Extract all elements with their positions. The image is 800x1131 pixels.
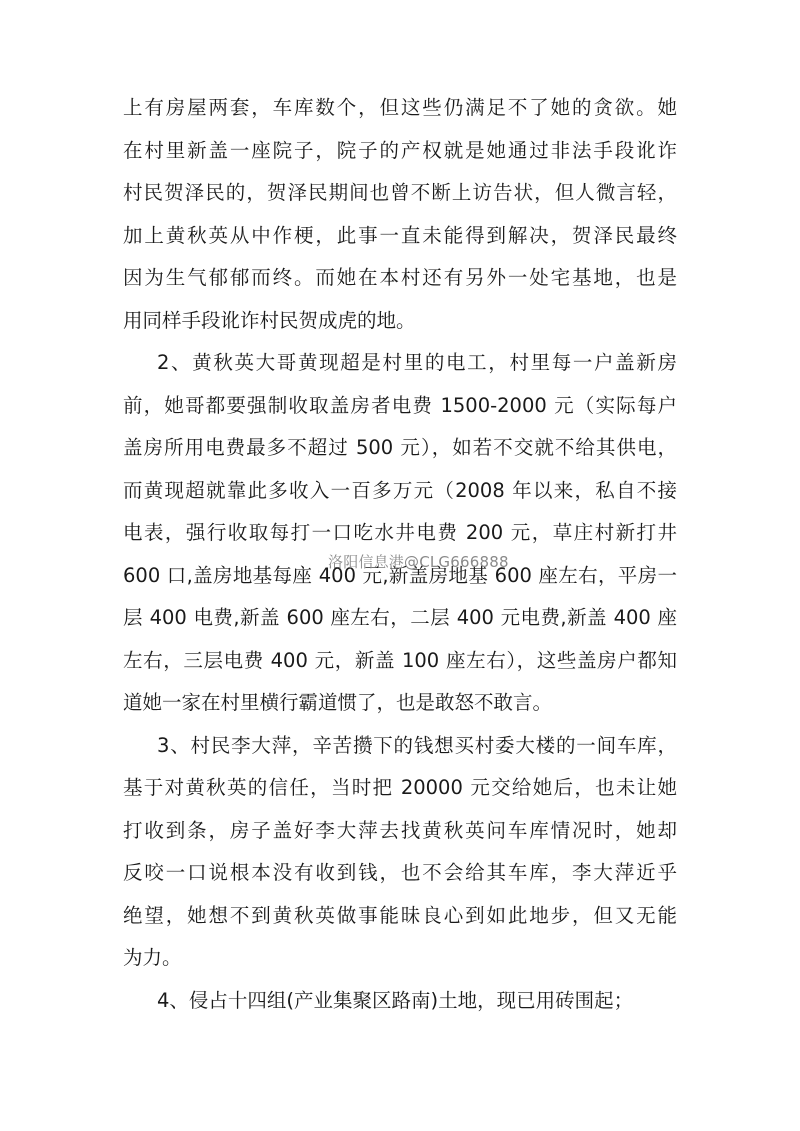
text-line: 电表，强行收取每打一口吃水井电费 200 元，草庄村新打井: [123, 512, 677, 555]
text-line: 前，她哥都要强制收取盖房者电费 1500-2000 元（实际每户: [123, 385, 677, 428]
text-line: 反咬一口说根本没有收到钱，也不会给其车库，李大萍近乎: [123, 852, 677, 895]
text-line: 加上黄秋英从中作梗，此事一直未能得到解决，贺泽民最终: [123, 215, 677, 258]
text-line: 在村里新盖一座院子，院子的产权就是她通过非法手段讹诈: [123, 130, 677, 173]
text-line: 而黄现超就靠此多收入一百多万元（2008 年以来，私自不接: [123, 470, 677, 513]
watermark: 洛阳信息港@CLG666888: [328, 553, 509, 571]
text-line: 村民贺泽民的，贺泽民期间也曾不断上访告状，但人微言轻，: [123, 172, 677, 215]
text-line: 3、村民李大萍，辛苦攒下的钱想买村委大楼的一间车库，: [123, 725, 677, 768]
text-line: 层 400 电费,新盖 600 座左右，二层 400 元电费,新盖 400 座: [123, 597, 677, 640]
text-line: 4、侵占十四组(产业集聚区路南)土地，现已用砖围起；: [123, 980, 677, 1023]
text-line: 用同样手段讹诈村民贺成虎的地。: [123, 300, 677, 343]
text-line: 道她一家在村里横行霸道惯了，也是敢怒不敢言。: [123, 682, 677, 725]
text-line: 为力。: [123, 937, 677, 980]
document-page: 洛阳信息港@CLG666888 上有房屋两套，车库数个，但这些仍满足不了她的贪欲…: [0, 0, 800, 1131]
text-line: 基于对黄秋英的信任，当时把 20000 元交给她后，也未让她: [123, 767, 677, 810]
text-line: 打收到条，房子盖好李大萍去找黄秋英问车库情况时，她却: [123, 810, 677, 853]
text-line: 因为生气郁郁而终。而她在本村还有另外一处宅基地，也是: [123, 257, 677, 300]
text-line: 2、黄秋英大哥黄现超是村里的电工，村里每一户盖新房: [123, 342, 677, 385]
text-line: 盖房所用电费最多不超过 500 元），如若不交就不给其供电，: [123, 427, 677, 470]
text-line: 上有房屋两套，车库数个，但这些仍满足不了她的贪欲。她: [123, 87, 677, 130]
text-line: 绝望，她想不到黄秋英做事能昧良心到如此地步，但又无能: [123, 895, 677, 938]
text-line: 左右，三层电费 400 元，新盖 100 座左右），这些盖房户都知: [123, 640, 677, 683]
